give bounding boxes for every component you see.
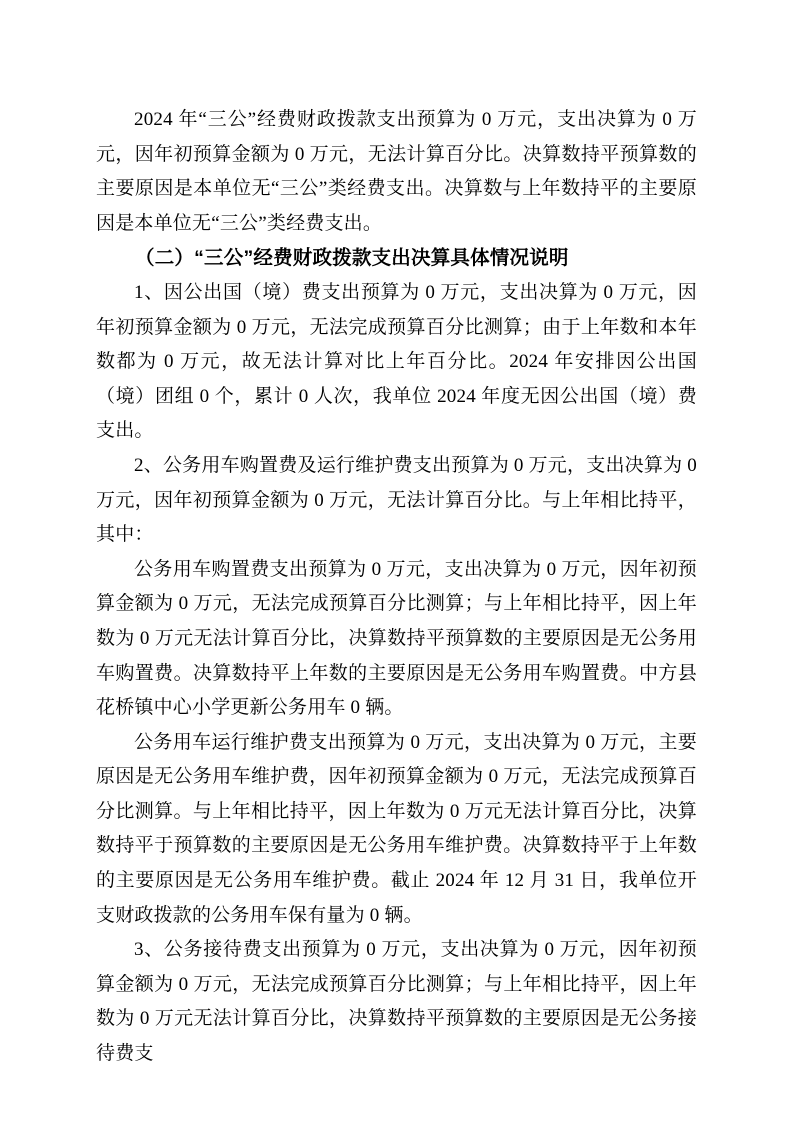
paragraph-item2-vehicle-maintenance: 公务用车运行维护费支出预算为 0 万元，支出决算为 0 万元，主要原因是无公务用… (96, 726, 697, 934)
paragraph-item1-abroad-expense: 1、因公出国（境）费支出预算为 0 万元，支出决算为 0 万元，因年初预算金额为… (96, 276, 697, 449)
paragraph-item3-reception-expense: 3、公务接待费支出预算为 0 万元，支出决算为 0 万元，因年初预算金额为 0 … (96, 933, 697, 1071)
document-body: 2024 年“三公”经费财政拨款支出预算为 0 万元，支出决算为 0 万元，因年… (96, 103, 697, 1072)
paragraph-item2-vehicle-total: 2、公务用车购置费及运行维护费支出预算为 0 万元，支出决算为 0 万元，因年初… (96, 449, 697, 553)
section-heading-sangong-details: （二）“三公”经费财政拨款支出决算具体情况说明 (96, 241, 697, 276)
paragraph-item2-vehicle-purchase: 公务用车购置费支出预算为 0 万元，支出决算为 0 万元，因年初预算金额为 0 … (96, 553, 697, 726)
document-page: 2024 年“三公”经费财政拨款支出预算为 0 万元，支出决算为 0 万元，因年… (0, 0, 793, 1122)
paragraph-sangong-overview: 2024 年“三公”经费财政拨款支出预算为 0 万元，支出决算为 0 万元，因年… (96, 103, 697, 241)
